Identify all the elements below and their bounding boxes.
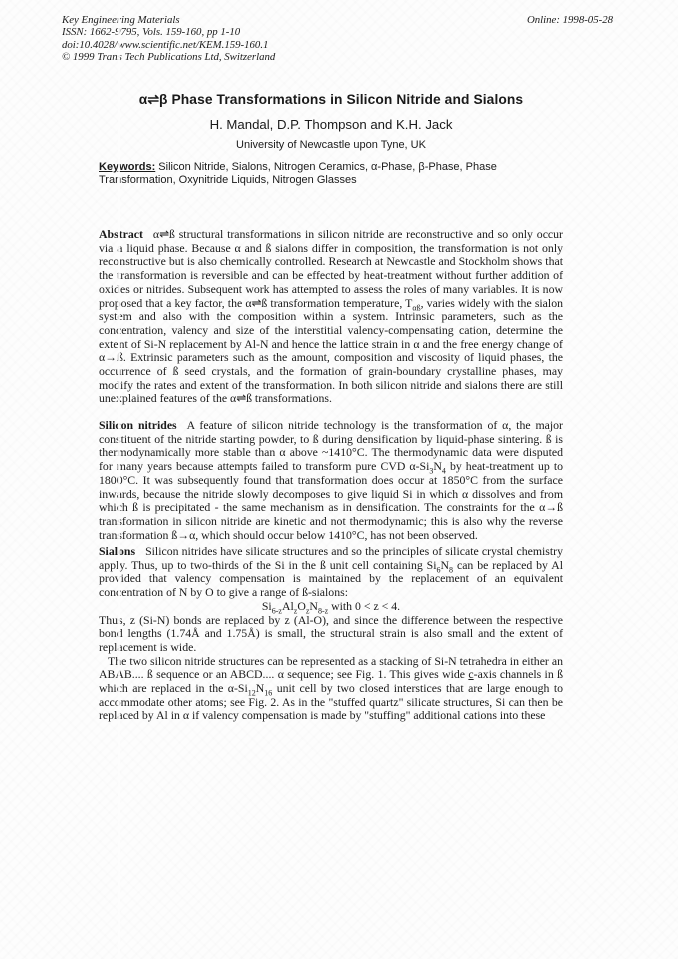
keywords-paragraph: Keywords: Silicon Nitride, Sialons, Nitr…: [99, 161, 563, 187]
authors-line: H. Mandal, D.P. Thompson and K.H. Jack: [99, 117, 563, 132]
sialons-continuation: Thus, z (Si-N) bonds are replaced by z (…: [99, 614, 563, 655]
paper-page: Key Engineering Materials ISSN: 1662-979…: [0, 0, 678, 959]
keywords-label: Keywords:: [99, 161, 155, 173]
silicon-nitrides-heading: Silicon nitrides: [99, 418, 187, 432]
copyright-line: © 1999 Trans Tech Publications Ltd, Swit…: [62, 51, 275, 63]
paper-title: α⇌β Phase Transformations in Silicon Nit…: [99, 92, 563, 108]
affiliation-line: University of Newcastle upon Tyne, UK: [99, 139, 563, 151]
issn-line: ISSN: 1662-9795, Vols. 159-160, pp 1-10: [62, 26, 275, 38]
sialons-paragraph: SialonsSilicon nitrides have silicate st…: [99, 545, 563, 600]
sialons-section: SialonsSilicon nitrides have silicate st…: [99, 545, 563, 723]
abstract-body: α⇌ß structural transformations in silico…: [99, 227, 563, 405]
silicon-nitrides-section: Silicon nitridesA feature of silicon nit…: [99, 419, 563, 542]
silicon-nitrides-paragraph: Silicon nitridesA feature of silicon nit…: [99, 419, 563, 542]
scan-fold-artifact: [118, 0, 120, 959]
journal-title: Key Engineering Materials: [62, 14, 275, 26]
online-date: Online: 1998-05-28: [527, 14, 613, 26]
sialons-paragraph-2: The two silicon nitride structures can b…: [99, 655, 563, 724]
doi-line: doi:10.4028/www.scientific.net/KEM.159-1…: [62, 39, 275, 51]
silicon-nitrides-body: A feature of silicon nitride technology …: [99, 418, 563, 542]
sialons-heading: Sialons: [99, 544, 145, 558]
keywords-list: Silicon Nitride, Sialons, Nitrogen Ceram…: [99, 161, 497, 186]
abstract-section: Abstractα⇌ß structural transformations i…: [99, 228, 563, 406]
sialon-formula: Si6-zAlzOzN8-z with 0 < z < 4.: [99, 600, 563, 614]
abstract-paragraph: Abstractα⇌ß structural transformations i…: [99, 228, 563, 406]
abstract-heading: Abstract: [99, 227, 153, 241]
journal-info: Key Engineering Materials ISSN: 1662-979…: [62, 14, 275, 63]
sialons-body: Silicon nitrides have silicate structure…: [99, 544, 563, 599]
